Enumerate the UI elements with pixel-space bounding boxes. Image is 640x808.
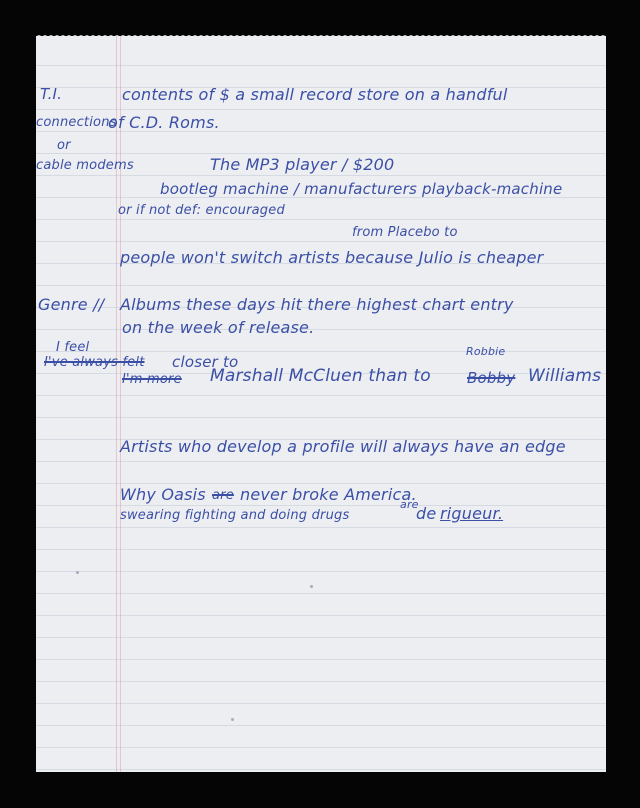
paper-speck bbox=[76, 571, 79, 574]
margin-note-connections: connections bbox=[36, 115, 117, 130]
line-6: people won't switch artists because Juli… bbox=[120, 248, 543, 267]
paper-speck bbox=[310, 585, 313, 588]
line-9-insert: I feel bbox=[56, 340, 89, 355]
line-10: Marshall McCluen than to bbox=[210, 366, 431, 386]
line-8: on the week of release. bbox=[122, 318, 314, 337]
line-4: bootleg machine / manufacturers playback… bbox=[160, 180, 562, 198]
paper-speck bbox=[231, 718, 234, 721]
line-13b: de bbox=[416, 504, 436, 523]
line-2: of C.D. Roms. bbox=[108, 113, 220, 132]
margin-note-cable-modems: cable modems bbox=[36, 158, 134, 173]
line-11: Artists who develop a profile will alway… bbox=[120, 437, 566, 456]
line-6-insert: from Placebo to bbox=[352, 225, 458, 240]
margin-line-left bbox=[116, 36, 117, 772]
line-13a: swearing fighting and doing drugs bbox=[120, 508, 349, 523]
margin-note-genre: Genre // bbox=[38, 295, 104, 314]
line-10-struck-2: Bobby bbox=[467, 369, 515, 387]
margin-line-right bbox=[120, 36, 121, 772]
line-3: The MP3 player / $200 bbox=[210, 155, 394, 174]
line-10-struck: I'm more bbox=[122, 372, 182, 387]
line-7: Albums these days hit there highest char… bbox=[120, 295, 514, 314]
line-12b: never broke America. bbox=[240, 485, 417, 504]
line-12-struck: are bbox=[212, 488, 234, 503]
line-12a: Why Oasis bbox=[120, 485, 206, 504]
line-5: or if not def: encouraged bbox=[118, 203, 285, 218]
margin-note-or: or bbox=[57, 138, 71, 153]
line-9-struck: I've always felt bbox=[44, 355, 145, 370]
lined-paper-sheet bbox=[36, 36, 606, 772]
margin-note-t1: T.I. bbox=[40, 85, 62, 103]
line-13c: rigueur. bbox=[440, 504, 503, 523]
line-10-end: Williams bbox=[528, 366, 601, 386]
line-1: contents of $ a small record store on a … bbox=[122, 85, 508, 104]
line-10-insert: Robbie bbox=[466, 345, 505, 358]
